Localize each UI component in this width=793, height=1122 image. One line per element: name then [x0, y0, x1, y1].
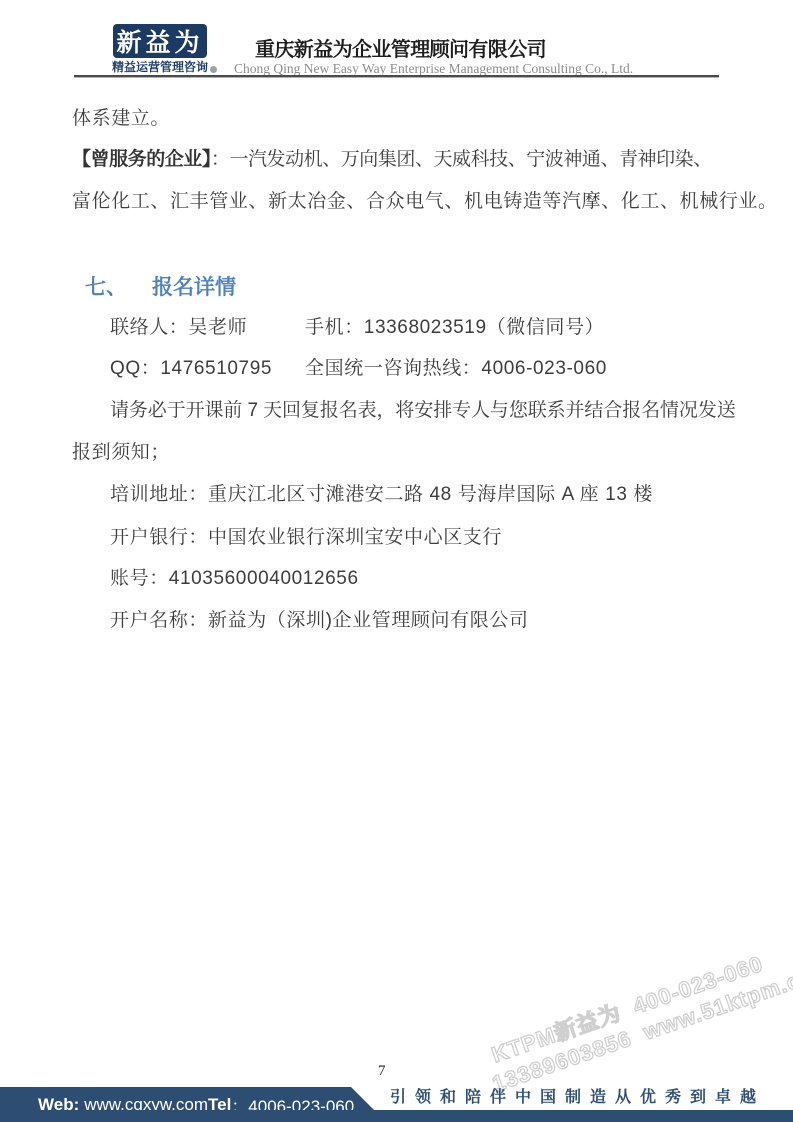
footer-bottom-strip: [0, 1110, 793, 1122]
contact-qq: QQ：1476510795: [110, 357, 272, 381]
training-address: 培训地址：重庆江北区寸滩港安二路 48 号海岸国际 A 座 13 楼: [110, 483, 653, 507]
section-heading: 七、报名详情: [85, 271, 236, 301]
logo-text: 新益为: [116, 23, 203, 59]
bank-name: 开户银行：中国农业银行深圳宝安中心区支行: [110, 526, 502, 550]
section-number: 七、: [85, 276, 127, 299]
page-number: 7: [378, 1063, 386, 1080]
notice-line1: 请务必于开课前 7 天回复报名表，将安排专人与您联系并结合报名情况发送: [110, 399, 736, 423]
company-name-zh: 重庆新益为企业管理顾问有限公司: [255, 33, 546, 62]
footer-slogan: 引领和陪伴中国制造从优秀到卓越: [390, 1085, 765, 1110]
document-page: 新益为 精益运营管理咨询 重庆新益为企业管理顾问有限公司 Chong Qing …: [0, 0, 793, 1122]
contact-hotline: 全国统一咨询热线：4006-023-060: [305, 357, 607, 381]
bank-account-name: 开户名称：新益为（深圳)企业管理顾问有限公司: [110, 609, 529, 633]
paragraph-served-line1: 【曾服务的企业】：一汽发动机、万向集团、天威科技、宁波神通、青神印染、: [72, 148, 712, 172]
contact-phone: 手机：13368023519（微信同号）: [305, 316, 604, 340]
contact-name: 联络人：吴老师: [110, 316, 247, 340]
company-logo: 新益为: [113, 24, 207, 58]
paragraph-served-line2: 富伦化工、汇丰管业、新太冶金、合众电气、机电铸造等汽摩、化工、机械行业。: [72, 190, 778, 214]
served-label: 【曾服务的企业】: [72, 149, 211, 170]
paragraph-intro: 体系建立。: [72, 107, 170, 131]
logo-dot-icon: [210, 66, 217, 73]
notice-line2: 报到须知；: [72, 441, 170, 465]
section-title: 报名详情: [152, 276, 236, 299]
served-rest: ：一汽发动机、万向集团、天威科技、宁波神通、青神印染、: [211, 149, 712, 170]
bank-account-number: 账号：41035600040012656: [110, 567, 359, 591]
header-divider: [74, 75, 719, 78]
